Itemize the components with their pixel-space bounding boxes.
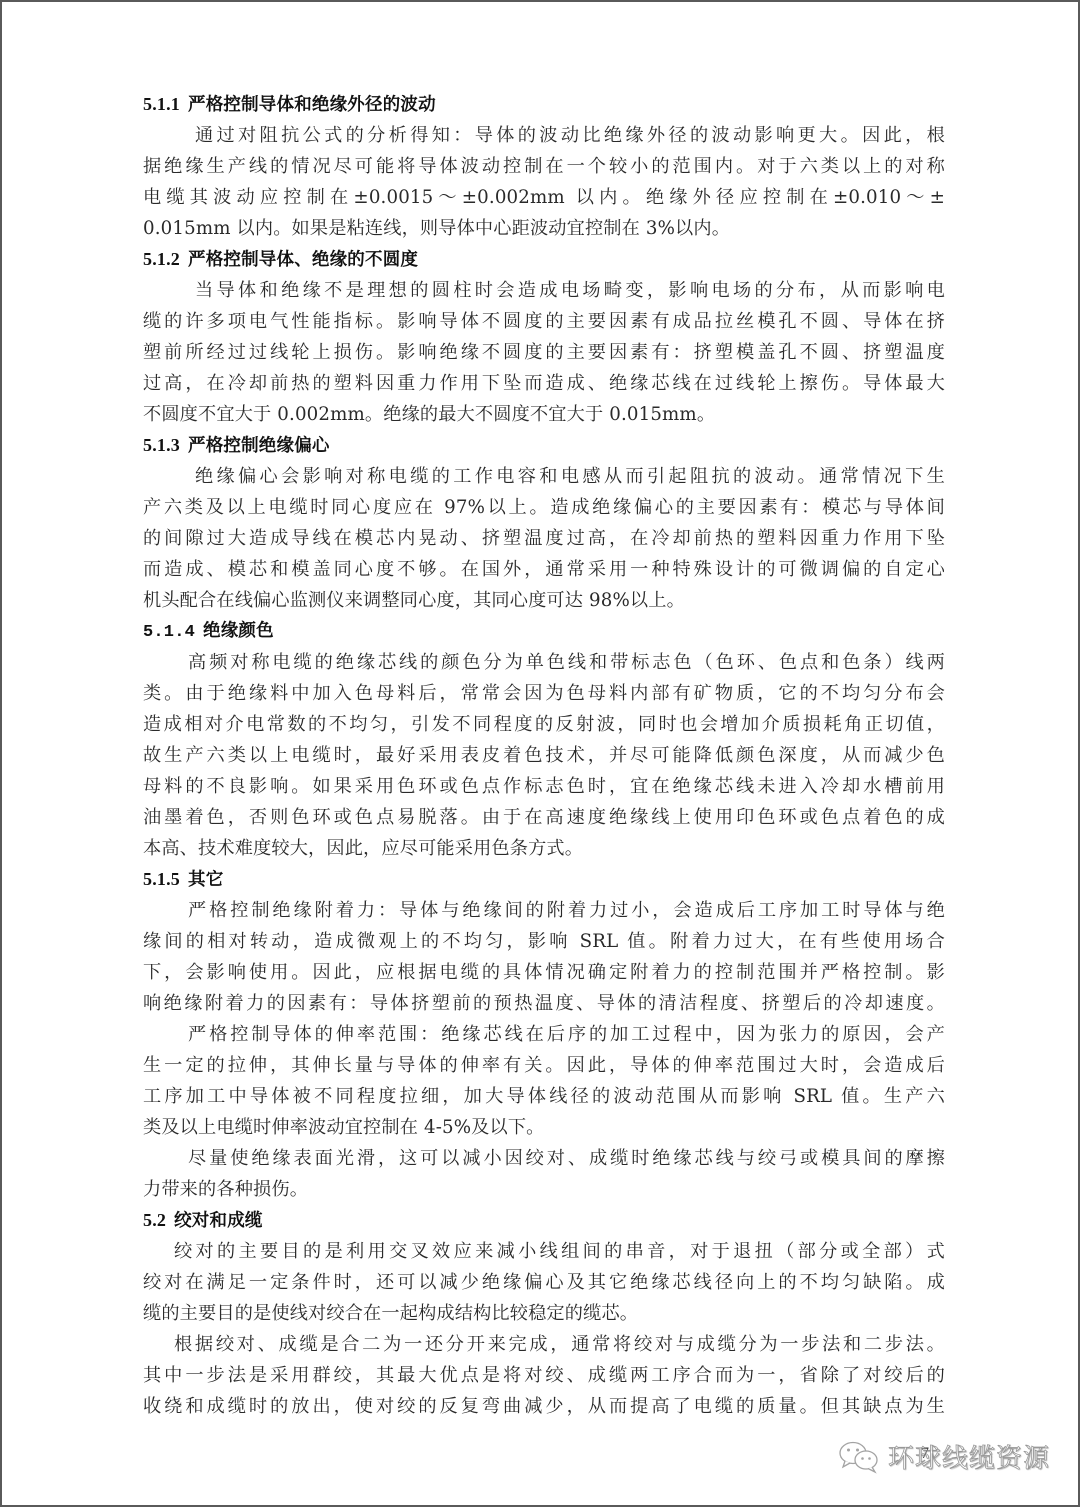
paragraph-line: 通过对阻抗公式的分析得知：导体的波动比绝缘外径的波动影响更大。因此，根: [143, 120, 945, 151]
paragraph-line: 油墨着色，否则色环或色点易脱落。由于在高速度绝缘线上使用印色环或色点着色的成: [143, 802, 945, 833]
section-heading: 5.1.5其它: [143, 864, 945, 895]
section-5-1-3: 5.1.3严格控制绝缘偏心 绝缘偏心会影响对称电缆的工作电容和电感从而引起阻抗的…: [143, 430, 945, 616]
section-heading: 5.1.3严格控制绝缘偏心: [143, 430, 945, 461]
paragraph-line: 的间隙过大造成导线在模芯内晃动、挤塑温度过高，在冷却前热的塑料因重力作用下坠: [143, 523, 945, 554]
paragraph-line: 过高，在冷却前热的塑料因重力作用下坠而造成、绝缘芯线在过线轮上擦伤。导体最大: [143, 368, 945, 399]
paragraph-line: 据绝缘生产线的情况尽可能将导体波动控制在一个较小的范围内。对于六类以上的对称: [143, 151, 945, 182]
paragraph-line: 类及以上电缆时伸率波动宜控制在 4-5%及以下。: [143, 1112, 945, 1143]
paragraph-line: 塑前所经过过线轮上损伤。影响绝缘不圆度的主要因素有：挤塑模盖孔不圆、挤塑温度: [143, 337, 945, 368]
section-5-2: 5.2绞对和成缆 绞对的主要目的是利用交叉效应来减小线组间的串音，对于退扭（部分…: [143, 1205, 945, 1422]
watermark-text: 环球线缆资源: [888, 1438, 1050, 1475]
paragraph-line: 绝缘偏心会影响对称电缆的工作电容和电感从而引起阻抗的波动。通常情况下生: [143, 461, 945, 492]
paragraph-line: 缆的许多项电气性能指标。影响导体不圆度的主要因素有成品拉丝模孔不圆、导体在挤: [143, 306, 945, 337]
paragraph-line: 收绕和成缆时的放出，使对绞的反复弯曲减少，从而提高了电缆的质量。但其缺点为生: [143, 1391, 945, 1422]
section-5-1-4: 5.1.4绝缘颜色 高频对称电缆的绝缘芯线的颜色分为单色线和带标志色（色环、色点…: [143, 616, 945, 864]
section-number: 5.2: [143, 1210, 166, 1230]
section-heading: 5.2绞对和成缆: [143, 1205, 945, 1236]
paragraph-line: 母料的不良影响。如果采用色环或色点作标志色时，宜在绝缘芯线未进入冷却水槽前用: [143, 771, 945, 802]
paragraph-line: 产六类及以上电缆时同心度应在 97%以上。造成绝缘偏心的主要因素有：模芯与导体间: [143, 492, 945, 523]
paragraph-line: 机头配合在线偏心监测仪来调整同心度，其同心度可达 98%以上。: [143, 585, 945, 616]
paragraph-line: 绞对的主要目的是利用交叉效应来减小线组间的串音，对于退扭（部分或全部）式: [143, 1236, 945, 1267]
page-content: 5.1.1严格控制导体和绝缘外径的波动 通过对阻抗公式的分析得知：导体的波动比绝…: [143, 89, 945, 1422]
section-heading: 5.1.4绝缘颜色: [143, 616, 945, 647]
paragraph-line: 不圆度不宜大于 0.002mm。绝缘的最大不圆度不宜大于 0.015mm。: [143, 399, 945, 430]
section-number: 5.1.5: [143, 869, 180, 889]
paragraph-line: 缘间的相对转动，造成微观上的不均匀，影响 SRL 值。附着力过大，在有些使用场合: [143, 926, 945, 957]
paragraph-line: 力带来的各种损伤。: [143, 1174, 945, 1205]
paragraph-line: 生一定的拉伸，其伸长量与导体的伸率有关。因此，导体的伸率范围过大时，会造成后: [143, 1050, 945, 1081]
paragraph-line: 类。由于绝缘料中加入色母料后，常常会因为色母料内部有矿物质，它的不均匀分布会: [143, 678, 945, 709]
paragraph-line: 本高、技术难度较大，因此，应尽可能采用色条方式。: [143, 833, 945, 864]
document-page: 5.1.1严格控制导体和绝缘外径的波动 通过对阻抗公式的分析得知：导体的波动比绝…: [0, 0, 1080, 1507]
section-5-1-1: 5.1.1严格控制导体和绝缘外径的波动 通过对阻抗公式的分析得知：导体的波动比绝…: [143, 89, 945, 244]
paragraph-line: 根据绞对、成缆是合二为一还分开来完成，通常将绞对与成缆分为一步法和二步法。: [143, 1329, 945, 1360]
watermark: 环球线缆资源: [838, 1438, 1050, 1475]
paragraph-line: 电缆其波动应控制在±0.0015～±0.002mm 以内。绝缘外径应控制在±0.…: [143, 182, 945, 213]
paragraph-line: 当导体和绝缘不是理想的圆柱时会造成电场畸变，影响电场的分布，从而影响电: [143, 275, 945, 306]
paragraph-line: 严格控制绝缘附着力：导体与绝缘间的附着力过小，会造成后工序加工时导体与绝: [143, 895, 945, 926]
section-title: 严格控制绝缘偏心: [188, 436, 330, 456]
paragraph-line: 高频对称电缆的绝缘芯线的颜色分为单色线和带标志色（色环、色点和色条）线两: [143, 647, 945, 678]
section-number: 5.1.2: [143, 249, 180, 269]
paragraph-line: 其中一步法是采用群绞，其最大优点是将对绞、成缆两工序合而为一，省除了对绞后的: [143, 1360, 945, 1391]
wechat-icon: [838, 1440, 880, 1474]
paragraph-line: 造成相对介电常数的不均匀，引发不同程度的反射波，同时也会增加介质损耗角正切值，: [143, 709, 945, 740]
section-title: 绞对和成缆: [174, 1211, 263, 1231]
section-5-1-5: 5.1.5其它 严格控制绝缘附着力：导体与绝缘间的附着力过小，会造成后工序加工时…: [143, 864, 945, 1205]
paragraph-line: 工序加工中导体被不同程度拉细，加大导体线径的波动范围从而影响 SRL 值。生产六: [143, 1081, 945, 1112]
section-title: 其它: [188, 870, 223, 890]
section-5-1-2: 5.1.2严格控制导体、绝缘的不圆度 当导体和绝缘不是理想的圆柱时会造成电场畸变…: [143, 244, 945, 430]
section-title: 严格控制导体、绝缘的不圆度: [188, 250, 418, 270]
paragraph-line: 缆的主要目的是使线对绞合在一起构成结构比较稳定的缆芯。: [143, 1298, 945, 1329]
section-title: 绝缘颜色: [203, 621, 274, 641]
section-number: 5.1.3: [143, 435, 180, 455]
section-number: 5.1.4: [143, 623, 195, 642]
section-number: 5.1.1: [143, 94, 180, 114]
section-heading: 5.1.2严格控制导体、绝缘的不圆度: [143, 244, 945, 275]
paragraph-line: 响绝缘附着力的因素有：导体挤塑前的预热温度、导体的清洁程度、挤塑后的冷却速度。: [143, 988, 945, 1019]
section-heading: 5.1.1严格控制导体和绝缘外径的波动: [143, 89, 945, 120]
paragraph-line: 而造成、模芯和模盖同心度不够。在国外，通常采用一种特殊设计的可微调偏的自定心: [143, 554, 945, 585]
paragraph-line: 故生产六类以上电缆时，最好采用表皮着色技术，并尽可能降低颜色深度，从而减少色: [143, 740, 945, 771]
paragraph-line: 尽量使绝缘表面光滑，这可以减小因绞对、成缆时绝缘芯线与绞弓或模具间的摩擦: [143, 1143, 945, 1174]
section-title: 严格控制导体和绝缘外径的波动: [188, 95, 436, 115]
paragraph-line: 绞对在满足一定条件时，还可以减少绝缘偏心及其它绝缘芯线径向上的不均匀缺陷。成: [143, 1267, 945, 1298]
paragraph-line: 下，会影响使用。因此，应根据电缆的具体情况确定附着力的控制范围并严格控制。影: [143, 957, 945, 988]
paragraph-line: 0.015mm 以内。如果是粘连线，则导体中心距波动宜控制在 3%以内。: [143, 213, 945, 244]
paragraph-line: 严格控制导体的伸率范围：绝缘芯线在后序的加工过程中，因为张力的原因，会产: [143, 1019, 945, 1050]
